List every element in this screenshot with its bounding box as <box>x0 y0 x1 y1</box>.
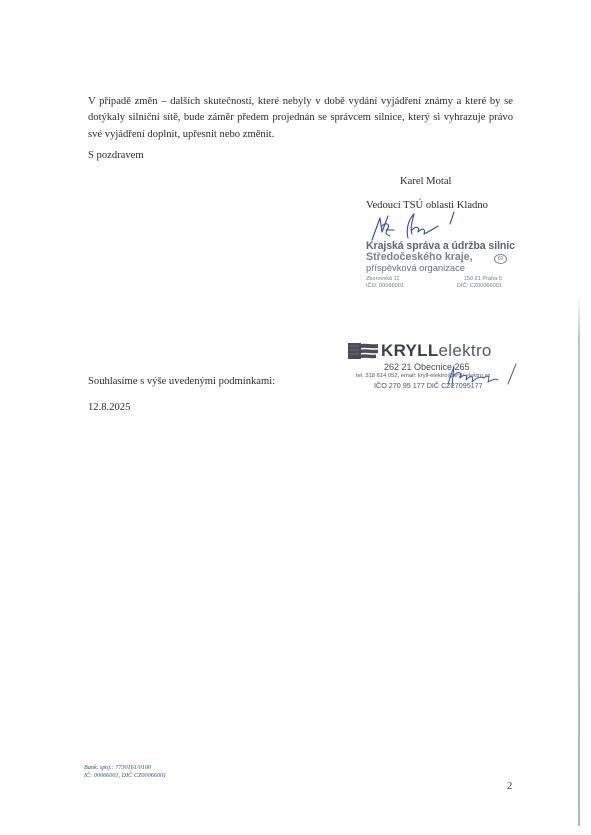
stamp-dic: DIČ: CZ00066001 <box>457 283 502 290</box>
stamp-city: 150 21 Praha 5 <box>464 276 502 283</box>
kryll-brand-bold: KRYLL <box>381 341 439 361</box>
page-number: 2 <box>507 781 512 792</box>
footer-ids: IČ: 00066001, DIČ CZ00066001 <box>84 772 166 780</box>
body-paragraph: V případě změn – dalších skutečností, kt… <box>88 94 513 143</box>
kryll-stamp: KRYLLelektro 262 21 Obecnice 265 tel. 31… <box>348 340 538 362</box>
agreement-text: Souhlasíme s výše uvedenými podmínkami: <box>88 376 275 387</box>
signer-name: Karel Motal <box>400 176 451 187</box>
stamp-street: Zborovská 11 <box>366 276 399 283</box>
stamp-line-3: příspěvková organizace <box>366 262 516 273</box>
kryll-logo-icon <box>348 342 378 360</box>
stamp-ico: IČO: 00066001 <box>366 283 404 290</box>
greeting: S pozdravem <box>88 150 144 161</box>
scan-edge-line <box>578 296 580 826</box>
stamp-number-circle: 60 <box>494 254 507 264</box>
kryll-brand-light: elektro <box>439 341 492 361</box>
agreement-date: 12.8.2025 <box>88 402 130 413</box>
document-page: V případě změn – dalších skutečností, kt… <box>0 0 591 835</box>
footer: Bank. spoj.: 7730161/0100 IČ: 00066001, … <box>84 764 166 781</box>
signature-kryll <box>444 360 524 390</box>
ksus-stamp: Krajská správa a údržba silnic Středočes… <box>366 240 516 290</box>
